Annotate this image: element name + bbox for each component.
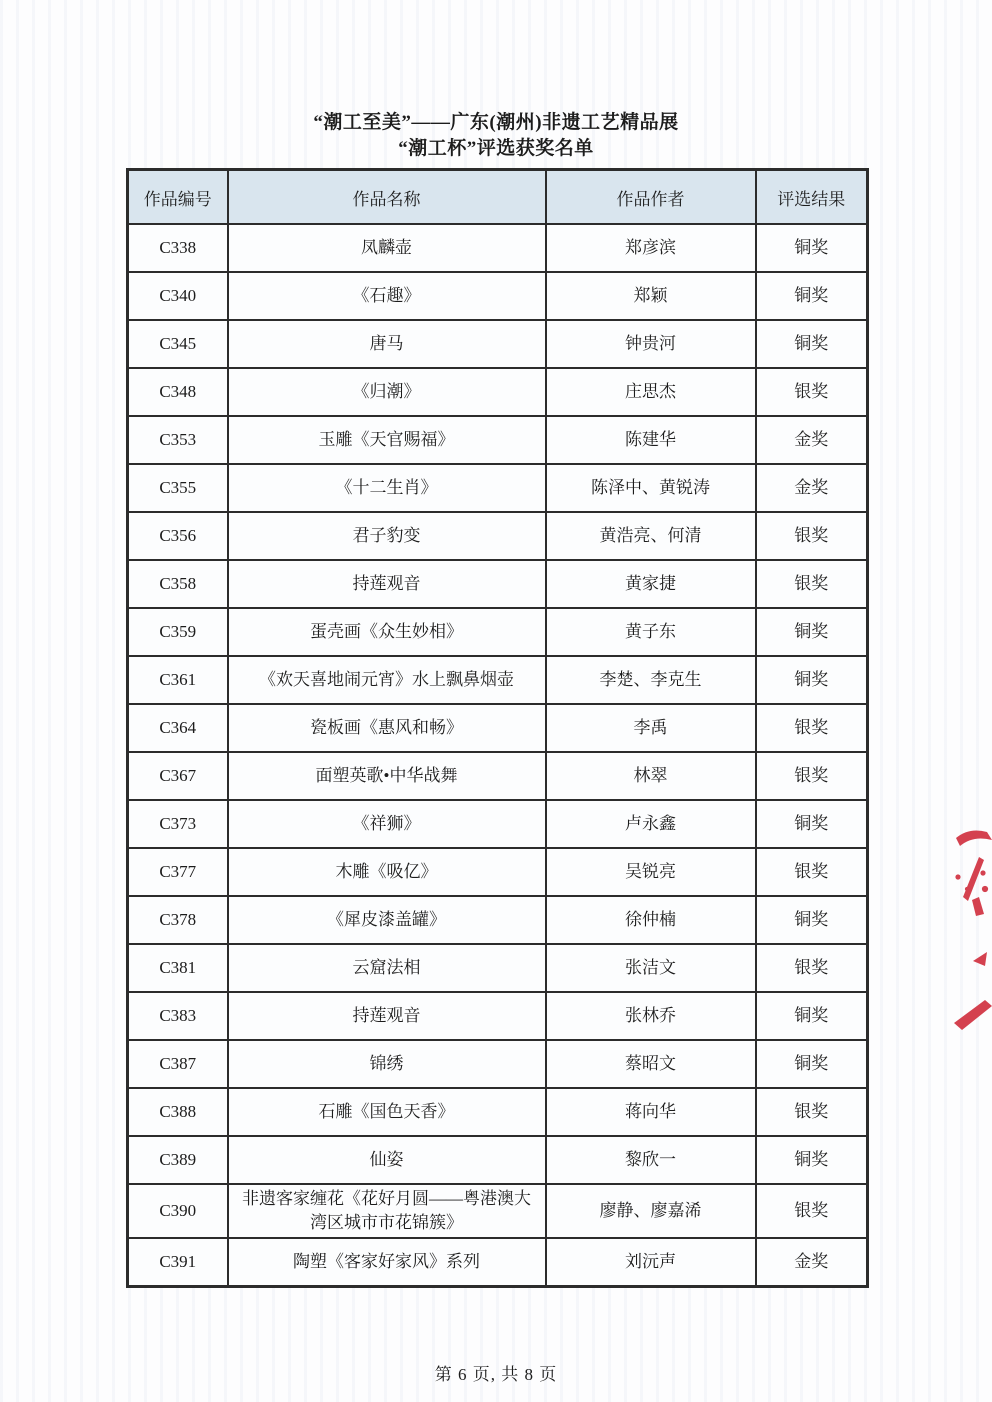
cell-name: 唐马 (228, 320, 546, 368)
table-row: C388 石雕《国色天香》 蒋向华 银奖 (128, 1088, 868, 1136)
cell-id: C348 (128, 368, 228, 416)
cell-author: 陈泽中、黄锐涛 (546, 464, 756, 512)
cell-name: 《祥狮》 (228, 800, 546, 848)
award-table-body: C338 凤麟壶 郑彦滨 铜奖 C340 《石趣》 郑颖 铜奖 C345 唐马 … (128, 224, 868, 1287)
cell-id: C378 (128, 896, 228, 944)
cell-author: 李禹 (546, 704, 756, 752)
table-row: C345 唐马 钟贵河 铜奖 (128, 320, 868, 368)
cell-author: 蒋向华 (546, 1088, 756, 1136)
cell-award: 银奖 (756, 704, 868, 752)
page-footer: 第 6 页, 共 8 页 (126, 1360, 866, 1385)
cell-author: 林翠 (546, 752, 756, 800)
cell-name: 君子豹变 (228, 512, 546, 560)
header-award-result: 评选结果 (756, 170, 868, 225)
cell-id: C388 (128, 1088, 228, 1136)
header-work-name: 作品名称 (228, 170, 546, 225)
title-line-1: “潮工至美”——广东(潮州)非遗工艺精品展 (126, 110, 866, 136)
cell-award: 银奖 (756, 1184, 868, 1238)
cell-id: C391 (128, 1238, 228, 1287)
cell-author: 蔡昭文 (546, 1040, 756, 1088)
cell-name: 石雕《国色天香》 (228, 1088, 546, 1136)
cell-id: C355 (128, 464, 228, 512)
cell-author: 黄浩亮、何清 (546, 512, 756, 560)
cell-id: C340 (128, 272, 228, 320)
cell-author: 张林乔 (546, 992, 756, 1040)
cell-award: 银奖 (756, 560, 868, 608)
cell-author: 廖静、廖嘉浠 (546, 1184, 756, 1238)
cell-name: 云窟法相 (228, 944, 546, 992)
cell-author: 卢永鑫 (546, 800, 756, 848)
cell-id: C345 (128, 320, 228, 368)
cell-id: C377 (128, 848, 228, 896)
cell-name: 持莲观音 (228, 560, 546, 608)
cell-name: 《欢天喜地闹元宵》水上飘鼻烟壶 (228, 656, 546, 704)
table-row: C355 《十二生肖》 陈泽中、黄锐涛 金奖 (128, 464, 868, 512)
cell-id: C353 (128, 416, 228, 464)
header-work-id: 作品编号 (128, 170, 228, 225)
cell-name: 凤麟壶 (228, 224, 546, 272)
cell-id: C387 (128, 1040, 228, 1088)
cell-id: C389 (128, 1136, 228, 1184)
table-row: C364 瓷板画《惠风和畅》 李禹 银奖 (128, 704, 868, 752)
table-row: C340 《石趣》 郑颖 铜奖 (128, 272, 868, 320)
cell-award: 铜奖 (756, 656, 868, 704)
table-row: C361 《欢天喜地闹元宵》水上飘鼻烟壶 李楚、李克生 铜奖 (128, 656, 868, 704)
cell-name: 锦绣 (228, 1040, 546, 1088)
cell-award: 银奖 (756, 368, 868, 416)
cell-name: 《十二生肖》 (228, 464, 546, 512)
table-row: C389 仙姿 黎欣一 铜奖 (128, 1136, 868, 1184)
cell-id: C358 (128, 560, 228, 608)
table-row: C348 《归潮》 庄思杰 银奖 (128, 368, 868, 416)
table-row: C377 木雕《吸亿》 吴锐亮 银奖 (128, 848, 868, 896)
cell-id: C356 (128, 512, 228, 560)
document-body: “潮工至美”——广东(潮州)非遗工艺精品展 “潮工杯”评选获奖名单 作品编号 作… (126, 0, 866, 1385)
cell-award: 金奖 (756, 416, 868, 464)
cell-author: 郑彦滨 (546, 224, 756, 272)
cell-award: 铜奖 (756, 272, 868, 320)
table-row: C387 锦绣 蔡昭文 铜奖 (128, 1040, 868, 1088)
red-stamp-mark (946, 823, 992, 1038)
cell-name: 《石趣》 (228, 272, 546, 320)
table-row: C356 君子豹变 黄浩亮、何清 银奖 (128, 512, 868, 560)
cell-author: 吴锐亮 (546, 848, 756, 896)
cell-award: 铜奖 (756, 608, 868, 656)
cell-award: 银奖 (756, 944, 868, 992)
table-row: C359 蛋壳画《众生妙相》 黄子东 铜奖 (128, 608, 868, 656)
cell-name: 瓷板画《惠风和畅》 (228, 704, 546, 752)
cell-name: 陶塑《客家好家风》系列 (228, 1238, 546, 1287)
cell-author: 陈建华 (546, 416, 756, 464)
cell-id: C383 (128, 992, 228, 1040)
cell-id: C390 (128, 1184, 228, 1238)
table-row: C383 持莲观音 张林乔 铜奖 (128, 992, 868, 1040)
cell-name: 持莲观音 (228, 992, 546, 1040)
cell-award: 铜奖 (756, 320, 868, 368)
cell-name: 木雕《吸亿》 (228, 848, 546, 896)
cell-author: 庄思杰 (546, 368, 756, 416)
cell-name: 《归潮》 (228, 368, 546, 416)
table-row: C358 持莲观音 黄家捷 银奖 (128, 560, 868, 608)
table-row: C381 云窟法相 张洁文 银奖 (128, 944, 868, 992)
cell-name: 玉雕《天官赐福》 (228, 416, 546, 464)
cell-author: 刘沅声 (546, 1238, 756, 1287)
cell-award: 银奖 (756, 848, 868, 896)
cell-name: 面塑英歌•中华战舞 (228, 752, 546, 800)
cell-award: 银奖 (756, 1088, 868, 1136)
document-title: “潮工至美”——广东(潮州)非遗工艺精品展 “潮工杯”评选获奖名单 (126, 110, 866, 162)
cell-id: C381 (128, 944, 228, 992)
scanned-page: { "page": { "title_line1": "“潮工至美”——广东(潮… (0, 0, 992, 1402)
cell-author: 黄家捷 (546, 560, 756, 608)
cell-id: C373 (128, 800, 228, 848)
cell-id: C364 (128, 704, 228, 752)
award-table-head: 作品编号 作品名称 作品作者 评选结果 (128, 170, 868, 225)
header-row: 作品编号 作品名称 作品作者 评选结果 (128, 170, 868, 225)
table-row: C390 非遗客家缠花《花好月圆——粤港澳大湾区城市市花锦簇》 廖静、廖嘉浠 银… (128, 1184, 868, 1238)
cell-name: 《犀皮漆盖罐》 (228, 896, 546, 944)
cell-author: 张洁文 (546, 944, 756, 992)
cell-award: 银奖 (756, 512, 868, 560)
table-row: C338 凤麟壶 郑彦滨 铜奖 (128, 224, 868, 272)
table-row: C391 陶塑《客家好家风》系列 刘沅声 金奖 (128, 1238, 868, 1287)
cell-award: 铜奖 (756, 800, 868, 848)
cell-author: 黎欣一 (546, 1136, 756, 1184)
cell-award: 银奖 (756, 752, 868, 800)
cell-author: 黄子东 (546, 608, 756, 656)
cell-award: 铜奖 (756, 992, 868, 1040)
header-work-author: 作品作者 (546, 170, 756, 225)
cell-author: 李楚、李克生 (546, 656, 756, 704)
cell-award: 铜奖 (756, 1136, 868, 1184)
cell-id: C361 (128, 656, 228, 704)
cell-author: 钟贵河 (546, 320, 756, 368)
cell-id: C367 (128, 752, 228, 800)
table-row: C353 玉雕《天官赐福》 陈建华 金奖 (128, 416, 868, 464)
cell-name: 蛋壳画《众生妙相》 (228, 608, 546, 656)
cell-id: C338 (128, 224, 228, 272)
cell-award: 金奖 (756, 1238, 868, 1287)
cell-award: 金奖 (756, 464, 868, 512)
title-line-2: “潮工杯”评选获奖名单 (126, 136, 866, 162)
table-row: C367 面塑英歌•中华战舞 林翠 银奖 (128, 752, 868, 800)
cell-award: 铜奖 (756, 896, 868, 944)
cell-author: 郑颖 (546, 272, 756, 320)
cell-name: 非遗客家缠花《花好月圆——粤港澳大湾区城市市花锦簇》 (228, 1184, 546, 1238)
cell-name: 仙姿 (228, 1136, 546, 1184)
cell-award: 铜奖 (756, 1040, 868, 1088)
cell-author: 徐仲楠 (546, 896, 756, 944)
award-table: 作品编号 作品名称 作品作者 评选结果 C338 凤麟壶 郑彦滨 铜奖 C340… (126, 168, 869, 1288)
cell-award: 铜奖 (756, 224, 868, 272)
cell-id: C359 (128, 608, 228, 656)
table-row: C373 《祥狮》 卢永鑫 铜奖 (128, 800, 868, 848)
table-row: C378 《犀皮漆盖罐》 徐仲楠 铜奖 (128, 896, 868, 944)
